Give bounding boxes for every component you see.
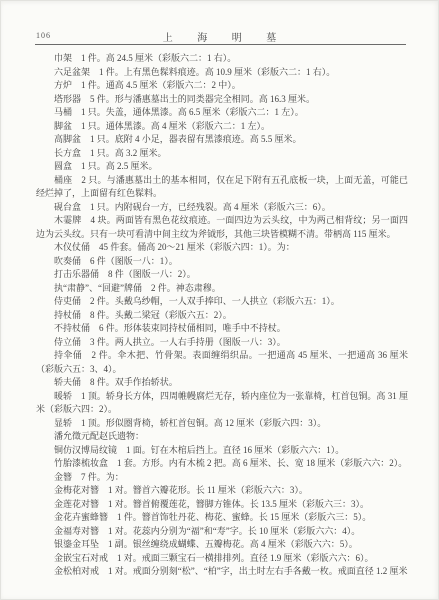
catalog-entry: 银鎏金耳坠 1 副。银丝缠绕成蝴蝶、五瓣梅花。高 4 厘米（彩版六六：5）。 bbox=[36, 538, 408, 552]
catalog-entry: 吹奏俑 6 件（图版一八：1）。 bbox=[36, 255, 408, 269]
catalog-entry: 塔形器 5 件。形与潘惠墓出土的同类器完全相同。高 16.3 厘米。 bbox=[36, 93, 408, 107]
catalog-entry: 方炉 1 件。通高 4.5 厘米（彩版六二：2 中）。 bbox=[36, 79, 408, 93]
catalog-entry: 金福寿对簪 1 对。花蕊内分别为“福”和“寿”字。长 10 厘米（彩版六六：4）… bbox=[36, 525, 408, 539]
catalog-entry: 巾架 1 件。高 24.5 厘米（彩版六二：1 右）。 bbox=[36, 52, 408, 66]
catalog-entry: 潘允徵元配赵氏遗物： bbox=[36, 430, 408, 444]
catalog-entry: 木霎牌 4 块。两面皆有黑色花纹痕迹。一面四边为云头纹，中为两己相背纹；另一面四… bbox=[36, 214, 408, 241]
catalog-entry: 金簪 7 件。为： bbox=[36, 471, 408, 485]
header-rule bbox=[35, 44, 406, 45]
catalog-entry: 砚台盒 1 只。内附砚台一方，已经残裂。高 4 厘米（彩版六三：6）。 bbox=[36, 201, 408, 215]
catalog-entry: 执“肃静”、“回避”牌俑 2 件。神态肃穆。 bbox=[36, 282, 408, 296]
catalog-entry: 轿夫俑 8 件。双手作抬轿状。 bbox=[36, 376, 408, 390]
catalog-entry: 脚盆 1 只。通体黑漆。高 4 厘米（彩版六二：1 左）。 bbox=[36, 120, 408, 134]
catalog-entry: 金松柏对戒 1 对。戒面分别刻“松”、“柏”字，出土时左右手各戴一枚。戒面直径 … bbox=[36, 565, 408, 579]
catalog-entry: 木仪仗俑 45 件套。俑高 20～21 厘米（彩版六四：1）。为： bbox=[36, 241, 408, 255]
catalog-entry: 持杖俑 8 件。头戴二梁冠（彩版六五：2）。 bbox=[36, 309, 408, 323]
catalog-entry: 金梅花对簪 1 对。簪首六瓣花形。长 11 厘米（彩版六六：3）。 bbox=[36, 484, 408, 498]
catalog-text: 巾架 1 件。高 24.5 厘米（彩版六二：1 右）。六足盆架 1 件。上有黑色… bbox=[36, 52, 408, 579]
catalog-entry: 竹胎漆梳妆盒 1 套。方形。内有木梳 2 把。高 6 厘米、长、宽 18 厘米（… bbox=[36, 457, 408, 471]
catalog-entry: 金花卉蜜蜂簪 1 件。簪首饰牡丹花、梅花、蜜蜂。长 15 厘米（彩版六三：5）。 bbox=[36, 511, 408, 525]
catalog-entry: 暖轿 1 顶。轿身长方体，四周帷幔腐烂无存，轿内座位为一张靠椅，杠首包铜。高 3… bbox=[36, 390, 408, 417]
catalog-entry: 金嵌宝石对戒 1 对。戒面三颗宝石一横排排列。直径 1.9 厘米（彩版六六：6）… bbox=[36, 552, 408, 566]
scanned-book-page: 106 上 海 明 墓 巾架 1 件。高 24.5 厘米（彩版六二：1 右）。六… bbox=[0, 0, 439, 600]
catalog-entry: 侍吏俑 2 件。头戴乌纱帽，一人双手捧印、一人拱立（彩版六五：1）。 bbox=[36, 295, 408, 309]
catalog-entry: 持伞俑 2 件。伞木把、竹骨架。表面缠绢织品。一把通高 45 厘米、一把通高 3… bbox=[36, 349, 408, 376]
catalog-entry: 显轿 1 顶。形似圈背椅，轿杠首包铜。高 12 厘米（彩版六四：3）。 bbox=[36, 417, 408, 431]
catalog-entry: 桶座 2 只。与潘惠墓出土的基本相同，仅在足下附有五孔底板一块，上面无盖，可能已… bbox=[36, 174, 408, 201]
catalog-entry: 铜仿汉博局纹镜 1 面。钉在木棺后挡上。直径 16 厘米（彩版六六：1）。 bbox=[36, 444, 408, 458]
catalog-entry: 长方盒 1 只。高 3.2 厘米。 bbox=[36, 147, 408, 161]
catalog-entry: 打击乐器俑 8 件（图版一八：2）。 bbox=[36, 268, 408, 282]
catalog-entry: 六足盆架 1 件。上有黑色髹料痕迹。高 10.9 厘米（彩版六二：1 右）。 bbox=[36, 66, 408, 80]
catalog-entry: 马桶 1 只。失盖，通体黑漆。高 6.5 厘米（彩版六二：1 左）。 bbox=[36, 106, 408, 120]
catalog-entry: 高脚盆 1 只。底附 4 小足，器表留有黑漆痕迹。高 5.5 厘米。 bbox=[36, 133, 408, 147]
catalog-entry: 不持杖俑 6 件。形体装束同持杖俑相同，唯手中不持杖。 bbox=[36, 322, 408, 336]
catalog-entry: 圆盒 1 只。高 2.5 厘米。 bbox=[36, 160, 408, 174]
catalog-entry: 侍立俑 3 件。两人拱立。一人右手持册（图版一八：3）。 bbox=[36, 336, 408, 350]
running-header-title: 上 海 明 墓 bbox=[1, 29, 438, 44]
catalog-entry: 金莲花对簪 1 对。簪首俯覆莲花，簪脚方锥体。长 13.5 厘米（彩版六三：3）… bbox=[36, 498, 408, 512]
